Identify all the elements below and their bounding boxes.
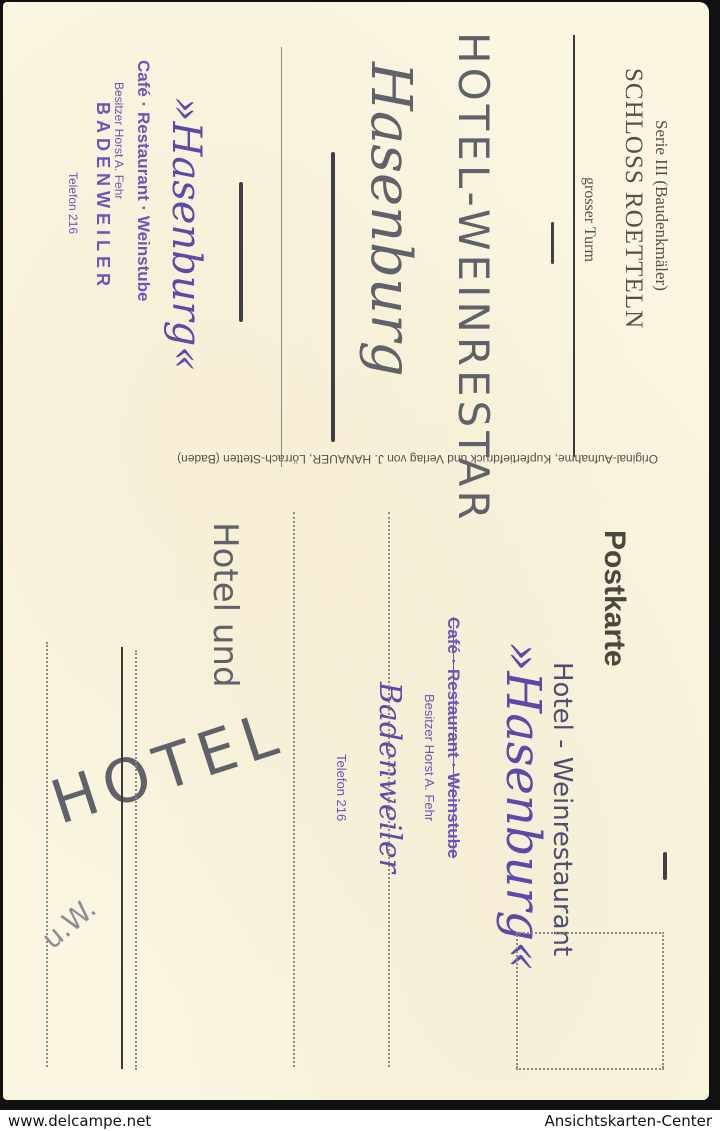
stamp-box-right	[662, 932, 664, 1068]
address-line	[388, 512, 390, 1067]
pencil-stroke	[239, 182, 243, 322]
footer-seller: Ansichtskarten-Center	[545, 1112, 713, 1130]
publisher-text: Original-Aufnahme, Kupfertiefdruck und V…	[177, 452, 658, 466]
address-line	[135, 650, 137, 1070]
publisher-line: Original-Aufnahme, Kupfertiefdruck und V…	[238, 452, 658, 466]
stamp-bottom-subtitle: Café · Restaurant · Weinstube	[443, 617, 463, 859]
header-subtitle: grosser Turm	[580, 177, 598, 262]
stamp-top-phone: Telefon 216	[66, 172, 80, 234]
pencil-stroke	[331, 152, 335, 442]
stamp-top-town: BADENWEILER	[92, 102, 113, 291]
pencil-stroke	[663, 852, 667, 880]
handwriting-hotel-large: HOTEL	[43, 698, 293, 839]
pencil-stroke	[551, 222, 554, 264]
header-divider	[573, 35, 575, 457]
stamp-box-top	[516, 932, 664, 934]
handwriting-hotel-weinrestaurant: HOTEL-WEINRESTAR	[449, 32, 498, 524]
stamp-box-bottom	[516, 1068, 664, 1070]
postcard-back: Serie III (Baudenkmäler) SCHLOSS ROETTEL…	[3, 2, 709, 1100]
address-line-solid	[121, 647, 123, 1069]
series-label: Serie III (Baudenkmäler)	[651, 120, 671, 291]
header-title: SCHLOSS ROETTELN	[619, 68, 647, 329]
watermark-footer: www.delcampe.net Ansichtskarten-Center	[0, 1110, 720, 1131]
stamp-bottom-phone: Telefon 216	[334, 754, 349, 821]
postkarte-label: Postkarte	[597, 530, 631, 667]
stamp-bottom-name: »Hasenburg«	[495, 642, 551, 970]
stamp-top-name: »Hasenburg«	[163, 97, 209, 371]
pencil-line	[281, 47, 282, 467]
stamp-top-owner: Besitzer Horst A. Fehr	[112, 82, 126, 199]
handwriting-hotel-weinrestaurant-purple: Hotel - Weinrestaurant	[547, 662, 577, 956]
handwriting-hotel-und: Hotel und	[205, 522, 245, 688]
stamp-top-subtitle: Café · Restaurant · Weinstube	[133, 60, 153, 302]
handwriting-hasenburg-gray: Hasenburg	[358, 62, 423, 377]
stamp-box-left	[516, 932, 518, 1068]
address-line	[46, 642, 48, 1067]
stamp-bottom-owner: Besitzer Horst A. Fehr	[422, 694, 437, 821]
address-line	[293, 512, 295, 1067]
footer-site[interactable]: www.delcampe.net	[8, 1112, 151, 1130]
